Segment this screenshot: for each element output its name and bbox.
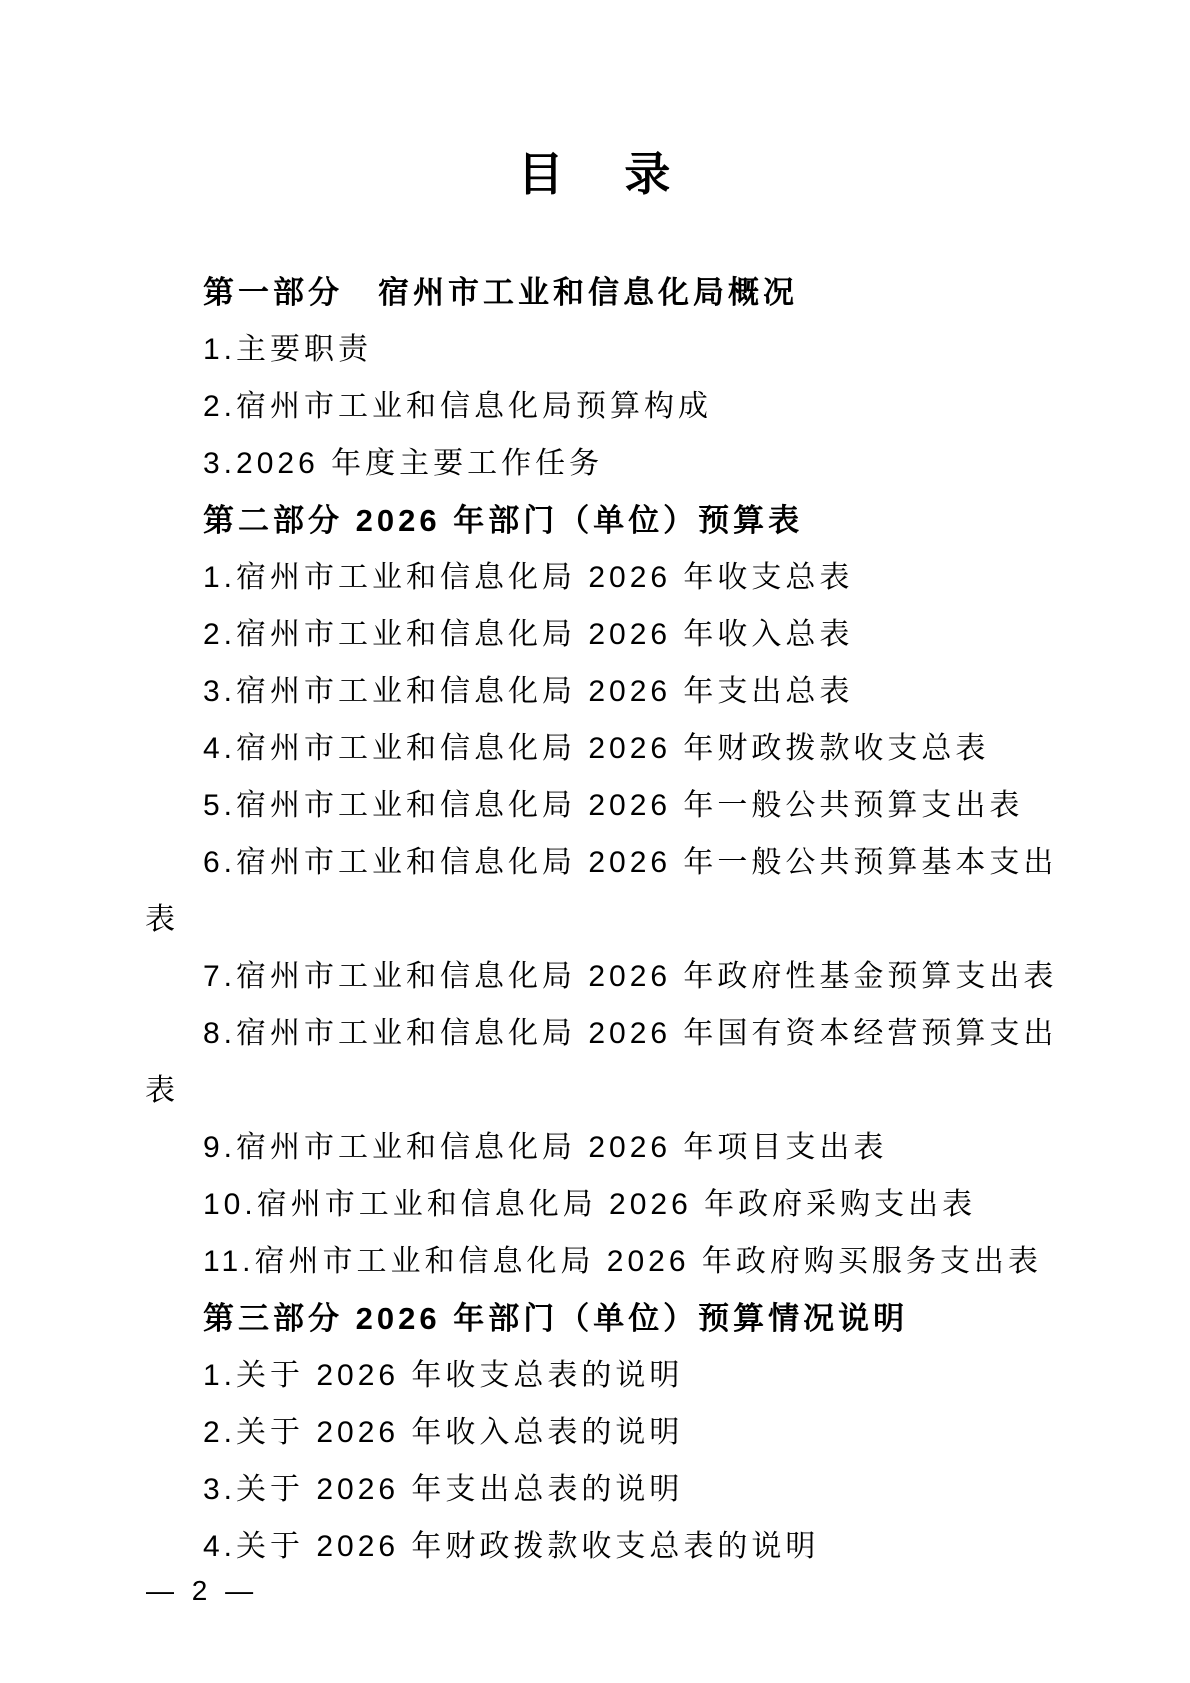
toc-item: 4.关于 2026 年财政拨款收支总表的说明 [145,1518,1095,1575]
toc-item: 3.2026 年度主要工作任务 [145,435,1095,492]
toc-item: 9.宿州市工业和信息化局 2026 年项目支出表 [145,1119,1095,1176]
toc-heading-part1: 第一部分 宿州市工业和信息化局概况 [145,264,1095,321]
toc-item: 11.宿州市工业和信息化局 2026 年政府购买服务支出表 [145,1233,1095,1290]
toc-item: 3.关于 2026 年支出总表的说明 [145,1461,1095,1518]
page-number: — 2 — [146,1574,258,1608]
toc-item: 10.宿州市工业和信息化局 2026 年政府采购支出表 [145,1176,1095,1233]
toc-heading-part2: 第二部分 2026 年部门（单位）预算表 [145,492,1095,549]
toc-item: 6.宿州市工业和信息化局 2026 年一般公共预算基本支出 [145,834,1095,891]
toc-item: 7.宿州市工业和信息化局 2026 年政府性基金预算支出表 [145,948,1095,1005]
toc-item: 2.宿州市工业和信息化局预算构成 [145,378,1095,435]
toc-continuation-line: 表 [145,891,1095,948]
page-title: 目 录 [0,148,1190,200]
toc-item: 8.宿州市工业和信息化局 2026 年国有资本经营预算支出 [145,1005,1095,1062]
toc-item: 4.宿州市工业和信息化局 2026 年财政拨款收支总表 [145,720,1095,777]
toc-item: 2.宿州市工业和信息化局 2026 年收入总表 [145,606,1095,663]
toc-item: 1.宿州市工业和信息化局 2026 年收支总表 [145,549,1095,606]
toc-item: 3.宿州市工业和信息化局 2026 年支出总表 [145,663,1095,720]
toc-item: 5.宿州市工业和信息化局 2026 年一般公共预算支出表 [145,777,1095,834]
toc: 第一部分 宿州市工业和信息化局概况 1.主要职责 2.宿州市工业和信息化局预算构… [145,264,1095,1575]
toc-item: 1.关于 2026 年收支总表的说明 [145,1347,1095,1404]
toc-item: 2.关于 2026 年收入总表的说明 [145,1404,1095,1461]
toc-continuation-line: 表 [145,1062,1095,1119]
toc-item: 1.主要职责 [145,321,1095,378]
toc-heading-part3: 第三部分 2026 年部门（单位）预算情况说明 [145,1290,1095,1347]
document-page: 目 录 第一部分 宿州市工业和信息化局概况 1.主要职责 2.宿州市工业和信息化… [0,0,1190,1683]
